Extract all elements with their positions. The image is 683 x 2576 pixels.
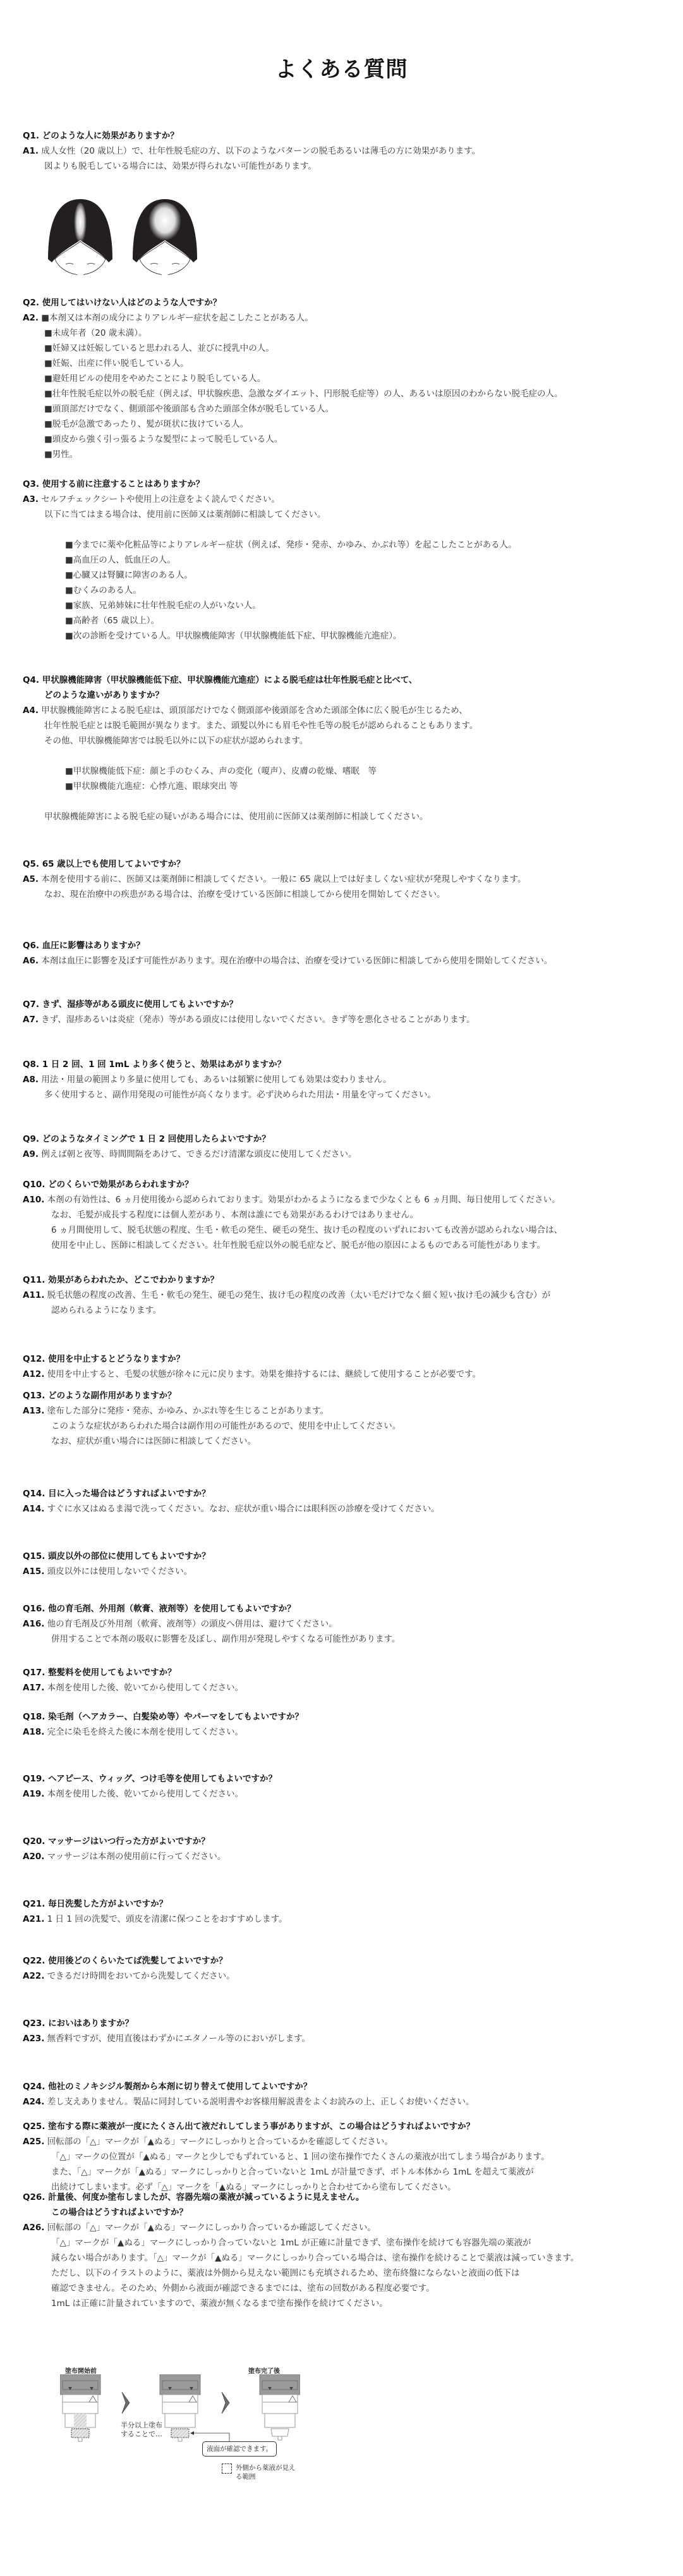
answer-text: なお、症状が重い場合には医師に相談してください。 [23,1434,674,1449]
step-text: 半分以上塗布 することで… [121,2421,162,2439]
answer: A1. 成人女性（20 歳以上）で、壮年性脱毛症の方、以下のようなパターンの脱毛… [23,143,674,174]
answer: A10. 本剤の有効性は、6 ヵ月使用後から認められております。効果がわかるよう… [23,1192,674,1253]
step-text-line: することで… [121,2430,162,2438]
answer-text: 甲状腺機能障害による脱毛症の疑いがある場合には、使用前に医師又は薬剤師に相談して… [23,809,674,824]
answer-text: その他、甲状腺機能障害では脱毛以外に以下の症状が認められます。 [23,733,674,748]
answer-text: 本剤を使用する前に、医師又は薬剤師に相談してください。一般に 65 歳以上では好… [41,874,526,884]
chevron-right-icon [122,2392,130,2414]
faq-item-14: Q14. 目に入った場合はどうすればよいですか？ A14. すぐに水又はぬるま湯… [23,1486,674,1517]
bottle-stages-icon [60,2374,300,2450]
question: Q13. どのような副作用がありますか？ [23,1388,674,1403]
answer-label: A19. [23,1789,44,1799]
faq-item-9: Q9. どのようなタイミングで 1 日 2 回使用したらよいですか？ A9. 例… [23,1132,674,1162]
list-item: ■男性。 [23,447,674,462]
faq-item-17: Q17. 整髪料を使用してもよいですか？ A17. 本剤を使用した後、乾いてから… [23,1665,674,1695]
question: Q11. 効果があらわれたか、どこでわかりますか？ [23,1273,674,1288]
answer-text: 成人女性（20 歳以上）で、壮年性脱毛症の方、以下のようなパターンの脱毛あるいは… [41,146,480,156]
label-after: 塗布完了後 [248,2365,280,2375]
answer-text: 他の育毛剤及び外用剤（軟膏、液剤等）の頭皮へ併用は、避けてください。 [47,1619,337,1629]
answer: A3. セルフチェックシートや使用上の注意をよく読んでください。 以下に当てはま… [23,492,674,644]
answer-text: なお、現在治療中の疾患がある場合は、治療を受けている医師に相談してから使用を開始… [23,887,674,902]
page-title: よくある質問 [0,52,683,83]
answer: A6. 本剤は血圧に影響を及ぼす可能性があります。現在治療中の場合は、治療を受け… [23,953,674,968]
answer-text: 用法・用量の範囲より多量に使用しても、あるいは頻繁に使用しても効果は変わりません… [41,1075,391,1085]
faq-item-25: Q25. 塗布する際に薬液が一度にたくさん出て液だれしてしまう事がありますが、こ… [23,2119,674,2195]
list-item: ■壮年性脱毛症以外の脱毛症（例えば、甲状腺疾患、急激なダイエット、円形脱毛症等）… [23,386,674,401]
question: Q7. きず、湿疹等がある頭皮に使用してもよいですか？ [23,997,674,1012]
question: Q4. 甲状腺機能障害（甲状腺機能低下症、甲状腺機能亢進症）による脱毛症は壮年性… [23,673,674,703]
faq-item-3: Q3. 使用する前に注意することはありますか？ A3. セルフチェックシートや使… [23,477,674,644]
question-text: Q26. 計量後、何度か塗布しましたが、容器先端の薬液が減っているように見えませ… [23,2192,364,2202]
answer-label: A20. [23,1852,44,1862]
list-item: ■妊婦又は妊娠していると思われる人、並びに授乳中の人。 [23,341,674,356]
faq-item-16: Q16. 他の育毛剤、外用剤（軟膏、液剤等）を使用してもよいですか？ A16. … [23,1601,674,1647]
faq-item-15: Q15. 頭皮以外の部位に使用してもよいですか？ A15. 頭皮以外には使用しな… [23,1549,674,1579]
answer-text: 完全に染毛を終えた後に本剤を使用してください。 [47,1727,244,1737]
answer: A13. 塗布した部分に発疹・発赤、かゆみ、かぶれ等を生じることがあります。 こ… [23,1403,674,1449]
answer-text: 本剤を使用した後、乾いてから使用してください。 [47,1789,244,1799]
answer-label: A9. [23,1149,39,1159]
answer: A26. 回転部の「△」マークが「▲ぬる」マークにしっかり合っているか確認してく… [23,2220,674,2311]
answer: A22. できるだけ時間をおいてから洗髪してください。 [23,1969,674,1984]
answer: A4. 甲状腺機能障害による脱毛症は、頭頂部だけでなく側頭部や後頭部を含めた頭部… [23,703,674,824]
answer: A9. 例えば朝と夜等、時間間隔をあけて、できるだけ清潔な頭皮に使用してください… [23,1147,674,1162]
question: Q16. 他の育毛剤、外用剤（軟膏、液剤等）を使用してもよいですか？ [23,1601,674,1616]
question: Q24. 他社のミノキシジル製剤から本剤に切り替えて使用してよいですか？ [23,2079,674,2094]
answer: A25. 回転部の「△」マークが「▲ぬる」マークにしっかりと合っているかを確認し… [23,2134,674,2195]
answer-text: 壮年性脱毛症とは脱毛範囲が異なります。また、頭髪以外にも眉毛や性毛等の脱毛が認め… [23,718,674,733]
answer-label: A21. [23,1914,44,1924]
answer-label: A16. [23,1619,44,1629]
answer: A18. 完全に染毛を終えた後に本剤を使用してください。 [23,1724,674,1740]
answer-label: A17. [23,1683,44,1693]
faq-item-7: Q7. きず、湿疹等がある頭皮に使用してもよいですか？ A7. きず、湿疹あるい… [23,997,674,1027]
question: Q23. においはありますか？ [23,2016,674,2031]
answer: A21. 1 日 1 回の洗髪で、頭皮を清潔に保つことをおすすめします。 [23,1912,674,1927]
answer-label: A15. [23,1566,44,1577]
answer-text: すぐに水又はぬるま湯で洗ってください。なお、症状が重い場合には眼科医の診療を受け… [47,1504,440,1514]
question: Q20. マッサージはいつ行った方がよいですか？ [23,1834,674,1849]
answer: A23. 無香料ですが、使用直後はわずかにエタノール等のにおいがします。 [23,2031,674,2046]
answer-label: A23. [23,2034,44,2044]
list-item: ■避妊用ピルの使用をやめたことにより脱毛している人。 [23,371,674,386]
answer-text: 回転部の「△」マークが「▲ぬる」マークにしっかり合っているか確認してください。 [47,2223,376,2233]
question: Q6. 血圧に影響はありますか？ [23,938,674,953]
answer-text: 例えば朝と夜等、時間間隔をあけて、できるだけ清潔な頭皮に使用してください。 [41,1149,356,1159]
answer-text: 多く使用すると、副作用発現の可能性が高くなります。必ず決められた用法・用量を守っ… [23,1087,674,1102]
answer-label: A13. [23,1406,44,1416]
legend-swatch [222,2463,232,2474]
question: Q3. 使用する前に注意することはありますか？ [23,477,674,492]
answer-text: きず、湿疹あるいは炎症（発赤）等がある頭皮には使用しないでください。きず等を悪化… [41,1015,474,1025]
label-before: 塗布開始前 [65,2365,97,2375]
answer-text: 回転部の「△」マークが「▲ぬる」マークにしっかりと合っているかを確認してください… [47,2137,393,2147]
answer: A11. 脱毛状態の程度の改善、生毛・軟毛の発生、硬毛の発生、抜け毛の程度の改善… [23,1288,674,1318]
question-text: この場合はどうすればよいですか？ [23,2205,674,2220]
question-text: どのような違いがありますか？ [23,688,674,703]
answer-text: また、「△」マークが「▲ぬる」マークにしっかりと合っていないと 1mL が計量で… [23,2164,674,2180]
answer-text: 本剤の有効性は、6 ヵ月使用後から認められております。効果がわかるようになるまで… [47,1195,560,1205]
answer-label: A25. [23,2137,44,2147]
answer-text: 頭皮以外には使用しないでください。 [47,1566,193,1577]
question: Q21. 毎日洗髪した方がよいですか？ [23,1896,674,1912]
faq-item-19: Q19. ヘアピース、ウィッグ、つけ毛等を使用してもよいですか？ A19. 本剤… [23,1771,674,1802]
list-item: ■甲状腺機能亢進症：心悸亢進、眼球突出 等 [23,779,674,794]
answer-label: A12. [23,1369,44,1379]
hair-pattern-illustration [45,196,203,275]
answer-text: 「△」マークの位置が「▲ぬる」マークと少しでもずれていると、1 回の塗布操作でた… [23,2149,674,2164]
answer: A2. ■本剤又は本剤の成分によりアレルギー症状を起こしたことがある人。 ■未成… [23,310,674,462]
list-item: ■甲状腺機能低下症：顔と手のむくみ、声の変化（嗄声）、皮膚の乾燥、嗜眠 等 [23,764,674,779]
list-item: ■妊娠、出産に伴い脱毛している人。 [23,356,674,371]
answer-text: 併用することで本剤の吸収に影響を及ぼし、副作用が発現しやすくなる可能性があります… [23,1632,674,1647]
answer-label: A10. [23,1195,44,1205]
answer-label: A2. [23,313,39,323]
answer-text: 使用を中止すると、毛髪の状態が徐々に元に戻ります。効果を維持するには、継続して使… [47,1369,481,1379]
question: Q5. 65 歳以上でも使用してよいですか？ [23,857,674,872]
answer: A17. 本剤を使用した後、乾いてから使用してください。 [23,1680,674,1695]
faq-item-5: Q5. 65 歳以上でも使用してよいですか？ A5. 本剤を使用する前に、医師又… [23,857,674,902]
answer-text: 本剤を使用した後、乾いてから使用してください。 [47,1683,244,1693]
list-item: ■頭頂部だけでなく、側頭部や後頭部も含めた頭部全体が脱毛している人。 [23,401,674,417]
female-head-thinning-crown-icon [45,196,203,275]
list-item: ■高齢者（65 歳以上）。 [23,613,674,628]
question: Q9. どのようなタイミングで 1 日 2 回使用したらよいですか？ [23,1132,674,1147]
question: Q1. どのような人に効果がありますか？ [23,128,674,143]
answer-text: ただし、以下のイラストのように、薬液は外側から見えない範囲にも充填されるため、塗… [23,2266,674,2281]
faq-item-23: Q23. においはありますか？ A23. 無香料ですが、使用直後はわずかにエタノ… [23,2016,674,2046]
question: Q14. 目に入った場合はどうすればよいですか？ [23,1486,674,1501]
answer-text: 甲状腺機能障害による脱毛症は、頭頂部だけでなく側頭部や後頭部を含めた頭部全体に広… [41,705,467,716]
list-item: ■脱毛が急激であったり、髪が斑状に抜けている人。 [23,417,674,432]
faq-item-10: Q10. どのくらいで効果があらわれますか？ A10. 本剤の有効性は、6 ヵ月… [23,1177,674,1253]
answer-label: A1. [23,146,39,156]
answer-text: 1mL は正確に計量されていますので、薬液が無くなるまで塗布操作を続けてください… [23,2296,674,2311]
faq-item-2: Q2. 使用してはいけない人はどのような人ですか？ A2. ■本剤又は本剤の成分… [23,295,674,462]
answer: A12. 使用を中止すると、毛髪の状態が徐々に元に戻ります。効果を維持するには、… [23,1367,674,1382]
answer-text: 使用を中止し、医師に相談してください。壮年性脱毛症以外の脱毛症など、脱毛が他の原… [23,1238,674,1253]
faq-item-6: Q6. 血圧に影響はありますか？ A6. 本剤は血圧に影響を及ぼす可能性がありま… [23,938,674,968]
question: Q12. 使用を中止するとどうなりますか？ [23,1352,674,1367]
list-item: ■家族、兄弟姉妹に壮年性脱毛症の人がいない人。 [23,598,674,613]
faq-item-21: Q21. 毎日洗髪した方がよいですか？ A21. 1 日 1 回の洗髪で、頭皮を… [23,1896,674,1927]
answer-label: A7. [23,1015,39,1025]
answer-text: 確認できません。そのため、外側から液面が確認できるまでには、塗布の回数がある程度… [23,2281,674,2296]
answer-label: A14. [23,1504,44,1514]
faq-item-8: Q8. 1 日 2 回、1 回 1mL より多く使うと、効果はあがりますか？ A… [23,1057,674,1102]
chevron-right-icon [222,2392,229,2414]
answer: A19. 本剤を使用した後、乾いてから使用してください。 [23,1786,674,1802]
answer: A5. 本剤を使用する前に、医師又は薬剤師に相談してください。一般に 65 歳以… [23,872,674,902]
answer-text: 認められるようになります。 [23,1303,674,1318]
list-item: ■今までに薬や化粧品等によりアレルギー症状（例えば、発疹・発赤、かゆみ、かぶれ等… [23,537,674,552]
question: Q22. 使用後どのくらいたてば洗髪してよいですか？ [23,1953,674,1969]
question: Q15. 頭皮以外の部位に使用してもよいですか？ [23,1549,674,1564]
answer-label: A18. [23,1727,44,1737]
faq-item-22: Q22. 使用後どのくらいたてば洗髪してよいですか？ A22. できるだけ時間を… [23,1953,674,1984]
answer: A7. きず、湿疹あるいは炎症（発赤）等がある頭皮には使用しないでください。きず… [23,1012,674,1027]
answer-text: 本剤は血圧に影響を及ぼす可能性があります。現在治療中の場合は、治療を受けている医… [41,956,552,966]
answer-label: A4. [23,705,39,716]
faq-item-26: Q26. 計量後、何度か塗布しましたが、容器先端の薬液が減っているように見えませ… [23,2190,674,2311]
answer-label: A6. [23,956,39,966]
answer-text: 以下に当てはまる場合は、使用前に医師又は薬剤師に相談してください。 [23,507,674,522]
list-item: ■むくみのある人。 [23,583,674,598]
faq-item-13: Q13. どのような副作用がありますか？ A13. 塗布した部分に発疹・発赤、か… [23,1388,674,1449]
answer-text: セルフチェックシートや使用上の注意をよく読んでください。 [41,494,280,504]
faq-item-18: Q18. 染毛剤（ヘアカラー、白髪染め等）やパーマをしてもよいですか？ A18.… [23,1709,674,1740]
list-item: ■本剤又は本剤の成分によりアレルギー症状を起こしたことがある人。 [41,313,313,323]
answer: A15. 頭皮以外には使用しないでください。 [23,1564,674,1579]
faq-item-20: Q20. マッサージはいつ行った方がよいですか？ A20. マッサージは本剤の使… [23,1834,674,1864]
answer: A8. 用法・用量の範囲より多量に使用しても、あるいは頻繁に使用しても効果は変わ… [23,1072,674,1102]
list-item: ■頭皮から強く引っ張るような髪型によって脱毛している人。 [23,432,674,447]
answer-text: 「△」マークが「▲ぬる」マークにしっかり合っていないと 1mL が正確に計量でき… [23,2235,674,2250]
list-item: ■次の診断を受けている人。甲状腺機能障害（甲状腺機能低下症、甲状腺機能亢進症）。 [23,628,674,644]
faq-item-24: Q24. 他社のミノキシジル製剤から本剤に切り替えて使用してよいですか？ A24… [23,2079,674,2109]
answer-text: 脱毛状態の程度の改善、生毛・軟毛の発生、硬毛の発生、抜け毛の程度の改善（太い毛だ… [47,1290,551,1300]
answer-text: 減らない場合があります。「△」マークが「▲ぬる」マークにしっかり合っている場合は… [23,2250,674,2266]
question: Q26. 計量後、何度か塗布しましたが、容器先端の薬液が減っているように見えませ… [23,2190,674,2220]
answer-text: このような症状があらわれた場合は副作用の可能性があるので、使用を中止してください… [23,1419,674,1434]
faq-item-1: Q1. どのような人に効果がありますか？ A1. 成人女性（20 歳以上）で、壮… [23,128,674,174]
list-item: ■心臓又は腎臓に障害のある人。 [23,568,674,583]
answer-label: A11. [23,1290,44,1300]
question: Q2. 使用してはいけない人はどのような人ですか？ [23,295,674,310]
applicator-diagram: 塗布開始前 塗布完了後 [60,2365,300,2476]
answer-label: A8. [23,1075,39,1085]
list-item: ■未成年者（20 歳未満）。 [23,326,674,341]
answer-label: A5. [23,874,39,884]
answer-text: 差し支えありません。製品に同封している説明書やお客様用解説書をよくお読みの上、正… [47,2097,474,2107]
answer: A24. 差し支えありません。製品に同封している説明書やお客様用解説書をよくお読… [23,2094,674,2109]
step-text-line: 半分以上塗布 [121,2421,162,2429]
question: Q8. 1 日 2 回、1 回 1mL より多く使うと、効果はあがりますか？ [23,1057,674,1072]
faq-item-11: Q11. 効果があらわれたか、どこでわかりますか？ A11. 脱毛状態の程度の改… [23,1273,674,1318]
answer-text: 塗布した部分に発疹・発赤、かゆみ、かぶれ等を生じることがあります。 [47,1406,329,1416]
answer-text: 6 ヵ月間使用して、脱毛状態の程度、生毛・軟毛の発生、硬毛の発生、抜け毛の程度の… [23,1223,674,1238]
question: Q25. 塗布する際に薬液が一度にたくさん出て液だれしてしまう事がありますが、こ… [23,2119,674,2134]
answer: A20. マッサージは本剤の使用前に行ってください。 [23,1849,674,1864]
list-item: ■高血圧の人、低血圧の人。 [23,552,674,568]
question: Q18. 染毛剤（ヘアカラー、白髪染め等）やパーマをしてもよいですか？ [23,1709,674,1724]
answer-label: A26. [23,2223,44,2233]
answer-text: 無香料ですが、使用直後はわずかにエタノール等のにおいがします。 [47,2034,310,2044]
legend-label: 外側から薬液が見える範囲 [236,2463,300,2481]
answer-text: なお、毛髪が成長する程度には個人差があり、本剤は誰にでも効果があるわけではありま… [23,1207,674,1223]
answer-text: マッサージは本剤の使用前に行ってください。 [47,1852,226,1862]
answer-label: A22. [23,1971,44,1981]
question-text: Q4. 甲状腺機能障害（甲状腺機能低下症、甲状腺機能亢進症）による脱毛症は壮年性… [23,675,417,685]
answer-text: 図よりも脱毛している場合には、効果が得られない可能性があります。 [23,159,674,174]
faq-item-4: Q4. 甲状腺機能障害（甲状腺機能低下症、甲状腺機能亢進症）による脱毛症は壮年性… [23,673,674,824]
answer-text: できるだけ時間をおいてから洗髪してください。 [47,1971,235,1981]
answer-text: 1 日 1 回の洗髪で、頭皮を清潔に保つことをおすすめします。 [47,1914,287,1924]
answer: A16. 他の育毛剤及び外用剤（軟膏、液剤等）の頭皮へ併用は、避けてください。 … [23,1616,674,1647]
question: Q19. ヘアピース、ウィッグ、つけ毛等を使用してもよいですか？ [23,1771,674,1786]
callout-bubble: 液面が確認できます。 [202,2441,277,2457]
faq-item-12: Q12. 使用を中止するとどうなりますか？ A12. 使用を中止すると、毛髪の状… [23,1352,674,1382]
answer-label: A3. [23,494,39,504]
question: Q17. 整髪料を使用してもよいですか？ [23,1665,674,1680]
question: Q10. どのくらいで効果があらわれますか？ [23,1177,674,1192]
answer-label: A24. [23,2097,44,2107]
answer: A14. すぐに水又はぬるま湯で洗ってください。なお、症状が重い場合には眼科医の… [23,1501,674,1517]
